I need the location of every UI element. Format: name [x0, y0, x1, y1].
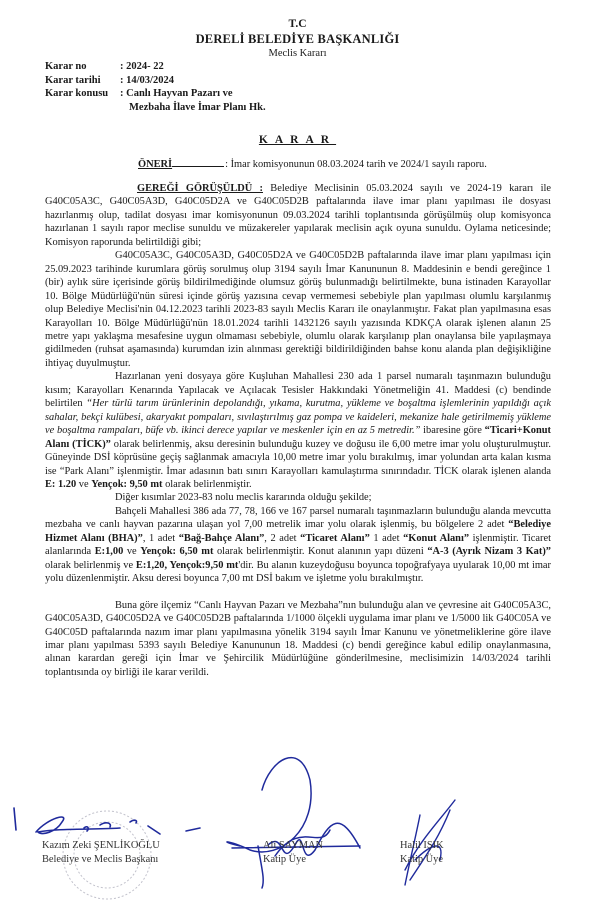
meta-decision-subject: Karar konusu: Canlı Hayvan Pazarı ve [45, 87, 266, 101]
clerk-2-title: Katip Üye [400, 853, 444, 867]
proposal-text: : İmar komisyonunun 08.03.2024 tarih ve … [225, 159, 487, 170]
signature-mayor-block: Kazım Zeki ŞENLİKOĞLU Belediye ve Meclis… [42, 839, 160, 867]
gorusuldu-label: GEREĞİ GÖRÜŞÜLDÜ : [137, 183, 263, 194]
clerk-1-name: Ali SAYMAN [263, 839, 323, 853]
clerk-1-title: Katip Üye [263, 853, 323, 867]
paragraph-5: Buna göre ilçemiz “Canlı Hayvan Pazarı v… [45, 599, 551, 680]
council-decision-page: T.C DERELİ BELEDİYE BAŞKANLIĞI Meclis Ka… [0, 0, 595, 906]
decision-no-label: Karar no [45, 60, 120, 74]
signature-clerk-2-block: Halil IŞIK Katip Üye [400, 839, 444, 867]
blank-underline [172, 157, 224, 167]
decision-subject-value: : Canlı Hayvan Pazarı ve [120, 88, 233, 99]
clerk-2-name: Halil IŞIK [400, 839, 444, 853]
paragraph-1: G40C05A3C, G40C05A3D, G40C05D2A ve G40C0… [45, 249, 551, 370]
decision-subject-label: Karar konusu [45, 87, 120, 101]
institution-name: DERELİ BELEDİYE BAŞKANLIĞI [0, 32, 595, 47]
meta-decision-no: Karar no: 2024- 22 [45, 60, 266, 74]
gorusuldu-paragraph: GEREĞİ GÖRÜŞÜLDÜ : Belediye Meclisinin 0… [45, 182, 551, 249]
signature-clerk-1-block: Ali SAYMAN Katip Üye [263, 839, 323, 867]
decision-meta: Karar no: 2024- 22 Karar tarihi: 14/03/2… [45, 60, 266, 114]
document-type: Meclis Kararı [0, 48, 595, 59]
paragraph-2: Hazırlanan yeni dosyaya göre Kuşluhan Ma… [45, 370, 551, 491]
mayor-title: Belediye ve Meclis Başkanı [42, 853, 160, 867]
decision-subject-value-cont: Mezbaha İlave İmar Planı Hk. [45, 101, 266, 115]
decision-date-value: : 14/03/2024 [120, 75, 174, 86]
decision-no-value: : 2024- 22 [120, 61, 164, 72]
decision-body: GEREĞİ GÖRÜŞÜLDÜ : Belediye Meclisinin 0… [45, 182, 551, 679]
header-tc: T.C [0, 18, 595, 30]
signature-clerk-1 [227, 758, 360, 888]
meta-decision-date: Karar tarihi: 14/03/2024 [45, 74, 266, 88]
mayor-name: Kazım Zeki ŞENLİKOĞLU [42, 839, 160, 853]
paragraph-3: Diğer kısımlar 2023-83 nolu meclis karar… [45, 491, 551, 504]
section-title-karar: KARAR [0, 134, 595, 146]
paragraph-4: Bahçeli Mahallesi 386 ada 77, 78, 166 ve… [45, 505, 551, 586]
proposal-line: ÖNERİ: İmar komisyonunun 08.03.2024 tari… [138, 157, 487, 170]
proposal-label: ÖNERİ [138, 159, 172, 170]
decision-date-label: Karar tarihi [45, 74, 120, 88]
signature-mayor [14, 808, 200, 834]
